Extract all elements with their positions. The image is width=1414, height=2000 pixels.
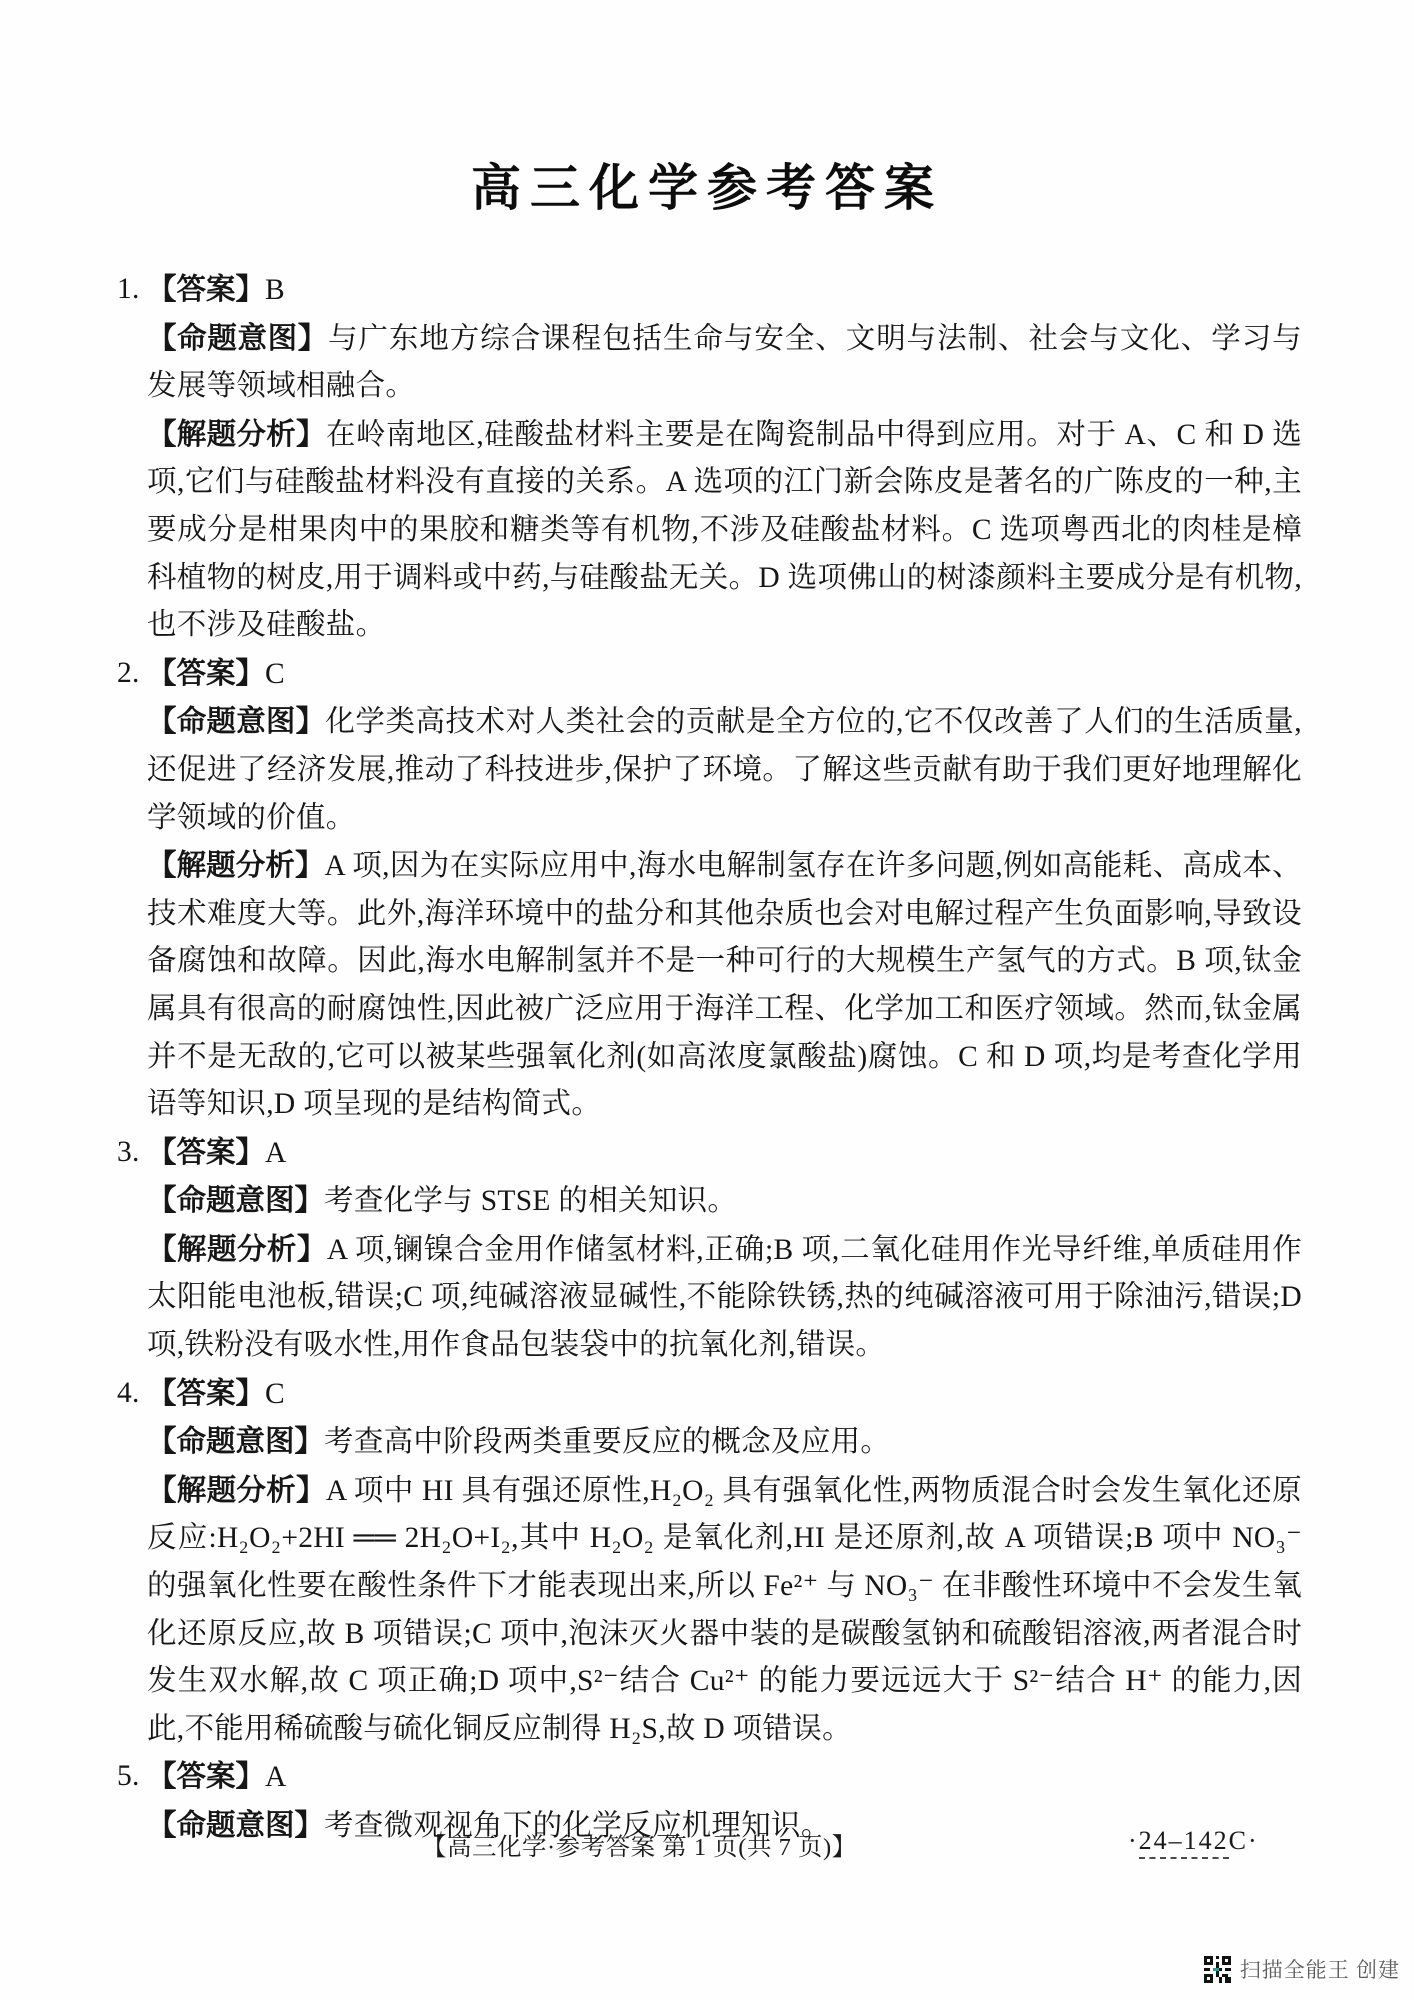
answer-line: 【答案】C: [147, 1370, 1302, 1419]
answer-label: 【答案】: [147, 657, 265, 690]
answer-item: 2.【答案】C【命题意图】化学类高技术对人类社会的贡献是全方位的,它不仅改善了人…: [120, 650, 1302, 1129]
watermark-text: 扫描全能王 创建: [1240, 1954, 1400, 1984]
section-text: 考查高中阶段两类重要反应的概念及应用。: [324, 1426, 890, 1458]
answers-list: 1.【答案】B【命题意图】与广东地方综合课程包括生命与安全、文明与法制、社会与文…: [120, 266, 1302, 1851]
qr-code-icon: [1204, 1956, 1231, 1983]
section-label: 【命题意图】: [147, 705, 325, 738]
section-text: A 项,因为在实际应用中,海水电解制氢存在许多问题,例如高能耗、高成本、技术难度…: [147, 850, 1302, 1120]
section-text: 在岭南地区,硅酸盐材料主要是在陶瓷制品中得到应用。对于 A、C 和 D 选项,它…: [147, 419, 1302, 641]
answer-item: 1.【答案】B【命题意图】与广东地方综合课程包括生命与安全、文明与法制、社会与文…: [120, 266, 1302, 650]
answer-number: 3.: [117, 1129, 140, 1177]
answer-value: C: [265, 658, 285, 690]
answer-line: 【答案】A: [147, 1753, 1302, 1802]
section-paragraph: 【解题分析】A 项,因为在实际应用中,海水电解制氢存在许多问题,例如高能耗、高成…: [147, 842, 1302, 1129]
section-label: 【解题分析】: [147, 849, 325, 882]
answer-number: 2.: [117, 650, 140, 698]
answer-number: 1.: [117, 266, 140, 314]
footer-page-info: 【高三化学·参考答案 第 1 页(共 7 页)】: [422, 1828, 857, 1863]
section-paragraph: 【命题意图】考查高中阶段两类重要反应的概念及应用。: [147, 1418, 1302, 1467]
answer-line: 【答案】C: [147, 650, 1302, 699]
camscanner-watermark: 扫描全能王 创建: [1204, 1954, 1400, 1984]
answer-value: B: [265, 274, 285, 306]
footer-code-number: 24–142: [1139, 1826, 1229, 1859]
footer-code-suffix: C·: [1229, 1826, 1259, 1855]
answer-label: 【答案】: [147, 273, 265, 306]
section-text: 考查化学与 STSE 的相关知识。: [324, 1185, 737, 1217]
section-label: 【解题分析】: [147, 418, 326, 451]
answer-line: 【答案】A: [147, 1129, 1302, 1178]
answer-label: 【答案】: [147, 1760, 265, 1793]
section-paragraph: 【解题分析】A 项,镧镍合金用作储氢材料,正确;B 项,二氧化硅用作光导纤维,单…: [147, 1226, 1302, 1370]
section-label: 【解题分析】: [147, 1474, 326, 1507]
document-page: 高三化学参考答案 1.【答案】B【命题意图】与广东地方综合课程包括生命与安全、文…: [0, 0, 1414, 2000]
page-footer: 【高三化学·参考答案 第 1 页(共 7 页)】 ·24–142C·: [0, 1828, 1414, 1872]
footer-paper-code: ·24–142C·: [1128, 1826, 1259, 1856]
page-title: 高三化学参考答案: [0, 148, 1414, 220]
section-label: 【命题意图】: [147, 1425, 324, 1458]
section-paragraph: 【命题意图】化学类高技术对人类社会的贡献是全方位的,它不仅改善了人们的生活质量,…: [147, 698, 1302, 842]
answer-label: 【答案】: [147, 1377, 265, 1410]
section-label: 【命题意图】: [147, 1184, 324, 1217]
answer-value: A: [265, 1137, 287, 1169]
answer-value: A: [265, 1761, 287, 1793]
answer-number: 4.: [117, 1370, 140, 1418]
section-paragraph: 【命题意图】与广东地方综合课程包括生命与安全、文明与法制、社会与文化、学习与发展…: [147, 315, 1302, 411]
section-text: A 项中 HI 具有强还原性,H₂O₂ 具有强氧化性,两物质混合时会发生氧化还原…: [147, 1475, 1302, 1745]
section-label: 【命题意图】: [147, 322, 328, 355]
answer-number: 5.: [117, 1753, 140, 1801]
answer-label: 【答案】: [147, 1136, 265, 1169]
answer-line: 【答案】B: [147, 266, 1302, 315]
footer-code-dot-left: ·: [1128, 1826, 1139, 1855]
answer-item: 3.【答案】A【命题意图】考查化学与 STSE 的相关知识。【解题分析】A 项,…: [120, 1129, 1302, 1370]
section-paragraph: 【命题意图】考查化学与 STSE 的相关知识。: [147, 1177, 1302, 1226]
section-label: 【解题分析】: [147, 1233, 327, 1266]
section-paragraph: 【解题分析】A 项中 HI 具有强还原性,H₂O₂ 具有强氧化性,两物质混合时会…: [147, 1467, 1302, 1754]
section-paragraph: 【解题分析】在岭南地区,硅酸盐材料主要是在陶瓷制品中得到应用。对于 A、C 和 …: [147, 411, 1302, 650]
answer-value: C: [265, 1378, 285, 1410]
answer-item: 4.【答案】C【命题意图】考查高中阶段两类重要反应的概念及应用。【解题分析】A …: [120, 1370, 1302, 1754]
